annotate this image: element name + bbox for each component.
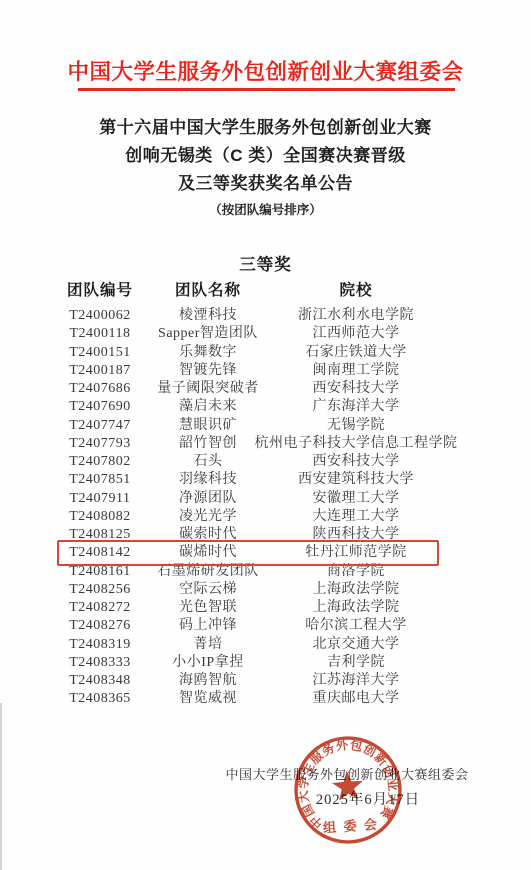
team-id: T2408272	[69, 599, 131, 617]
team-id: T2408319	[69, 636, 131, 654]
table-row: T2400062棱湮科技浙江水利水电学院	[0, 307, 531, 325]
table-row: T2408365智览威视重庆邮电大学	[0, 690, 531, 708]
table-row: T2408319菁培北京交通大学	[0, 636, 531, 654]
table-row: T2407793韶竹智创杭州电子科技大学信息工程学院	[0, 435, 531, 453]
table-header-row: 团队编号 团队名称 院校	[0, 281, 531, 301]
team-name: 量子阈限突破者	[157, 380, 259, 398]
team-name: 石头	[194, 453, 223, 471]
school: 重庆邮电大学	[313, 690, 400, 708]
stamp-bottom-text: 组委会	[323, 815, 385, 835]
doc-title-line-2: 创响无锡类（C 类）全国赛决赛晋级	[0, 141, 531, 166]
column-header-school: 院校	[339, 281, 372, 301]
team-id: T2407911	[69, 490, 130, 508]
team-name: 海鸥智航	[179, 672, 237, 690]
table-row: T2407747慧眼识矿无锡学院	[0, 417, 531, 435]
team-id: T2400062	[69, 307, 131, 325]
team-id: T2408256	[69, 581, 131, 599]
team-name: 码上冲锋	[179, 617, 237, 635]
team-id: T2408348	[69, 672, 131, 690]
column-header-team-id: 团队编号	[67, 281, 133, 301]
team-name: 慧眼识矿	[179, 417, 237, 435]
highlight-box	[57, 540, 439, 566]
section-title-third-prize: 三等奖	[0, 251, 531, 275]
team-name: 智览威视	[179, 690, 237, 708]
school: 西安科技大学	[313, 380, 400, 398]
team-id: T2400118	[69, 325, 130, 343]
footer-date: 2025年6月17日	[316, 788, 420, 809]
team-id: T2408333	[69, 654, 131, 672]
team-name: 棱湮科技	[179, 307, 237, 325]
team-name: 小小IP拿捏	[172, 654, 243, 672]
table-row: T2408333小小IP拿捏吉利学院	[0, 654, 531, 672]
table-row: T2400151乐舞数字石家庄铁道大学	[0, 344, 531, 362]
table-row: T2407851羽缘科技西安建筑科技大学	[0, 471, 531, 489]
team-id: T2400187	[69, 362, 131, 380]
team-name: Sapper智造团队	[158, 325, 258, 343]
team-id: T2407851	[69, 471, 131, 489]
school: 西安科技大学	[313, 453, 400, 471]
table-row: T2408256空际云梯上海政法学院	[0, 581, 531, 599]
table-row: T2408276码上冲锋哈尔滨工程大学	[0, 617, 531, 635]
table-row: T2407802石头西安科技大学	[0, 453, 531, 471]
team-name: 藻启未来	[179, 398, 237, 416]
doc-title-line-1: 第十六届中国大学生服务外包创新创业大赛	[0, 113, 531, 138]
team-name: 空际云梯	[179, 581, 237, 599]
school: 闽南理工学院	[313, 362, 400, 380]
team-name: 乐舞数字	[179, 344, 237, 362]
doc-title-line-3: 及三等奖获奖名单公告	[0, 169, 531, 194]
school: 西安建筑科技大学	[298, 471, 414, 489]
school: 吉利学院	[327, 654, 385, 672]
team-name: 光色智联	[179, 599, 237, 617]
team-name: 韶竹智创	[179, 435, 237, 453]
school: 江西师范大学	[313, 325, 400, 343]
school: 杭州电子科技大学信息工程学院	[255, 435, 458, 453]
team-name: 智镀先锋	[179, 362, 237, 380]
school: 浙江水利水电学院	[298, 307, 414, 325]
team-name: 菁培	[194, 636, 223, 654]
table-row: T2408082凌光光学大连理工大学	[0, 508, 531, 526]
table-body: T2400062棱湮科技浙江水利水电学院T2400118Sapper智造团队江西…	[0, 307, 531, 709]
team-id: T2407793	[69, 435, 131, 453]
table-row: T2408348海鸥智航江苏海洋大学	[0, 672, 531, 690]
school: 石家庄铁道大学	[305, 344, 407, 362]
team-id: T2408276	[69, 617, 131, 635]
school: 北京交通大学	[313, 636, 400, 654]
team-id: T2407747	[69, 417, 131, 435]
table-row: T2407686量子阈限突破者西安科技大学	[0, 380, 531, 398]
column-header-team-name: 团队名称	[175, 281, 241, 301]
team-name: 净源团队	[179, 490, 237, 508]
team-name: 羽缘科技	[179, 471, 237, 489]
letterhead-divider	[78, 88, 455, 91]
sort-note: （按团队编号排序）	[0, 200, 531, 218]
team-id: T2408365	[69, 690, 131, 708]
table-row: T2400118Sapper智造团队江西师范大学	[0, 325, 531, 343]
team-id: T2407686	[69, 380, 131, 398]
school: 安徽理工大学	[313, 490, 400, 508]
table-row: T2407690藻启未来广东海洋大学	[0, 398, 531, 416]
team-id: T2400151	[69, 344, 131, 362]
table-row: T2407911净源团队安徽理工大学	[0, 490, 531, 508]
letterhead-title: 中国大学生服务外包创新创业大赛组委会	[0, 55, 531, 86]
school: 上海政法学院	[313, 581, 400, 599]
team-name: 凌光光学	[179, 508, 237, 526]
team-id: T2407690	[69, 398, 131, 416]
footer-organization: 中国大学生服务外包创新创业大赛组委会	[225, 764, 468, 783]
school: 无锡学院	[327, 417, 385, 435]
school: 上海政法学院	[313, 599, 400, 617]
school: 哈尔滨工程大学	[305, 617, 407, 635]
school: 大连理工大学	[313, 508, 400, 526]
team-id: T2408082	[69, 508, 131, 526]
table-row: T2408272光色智联上海政法学院	[0, 599, 531, 617]
school: 广东海洋大学	[313, 398, 400, 416]
team-id: T2407802	[69, 453, 131, 471]
stamp-ring-text: 中国大学生服务外包创新创业大赛	[291, 734, 403, 833]
announcement-document: 中国大学生服务外包创新创业大赛组委会 第十六届中国大学生服务外包创新创业大赛 创…	[0, 0, 531, 870]
table-row: T2400187智镀先锋闽南理工学院	[0, 362, 531, 380]
scan-edge-artifact	[0, 703, 2, 870]
school: 江苏海洋大学	[313, 672, 400, 690]
